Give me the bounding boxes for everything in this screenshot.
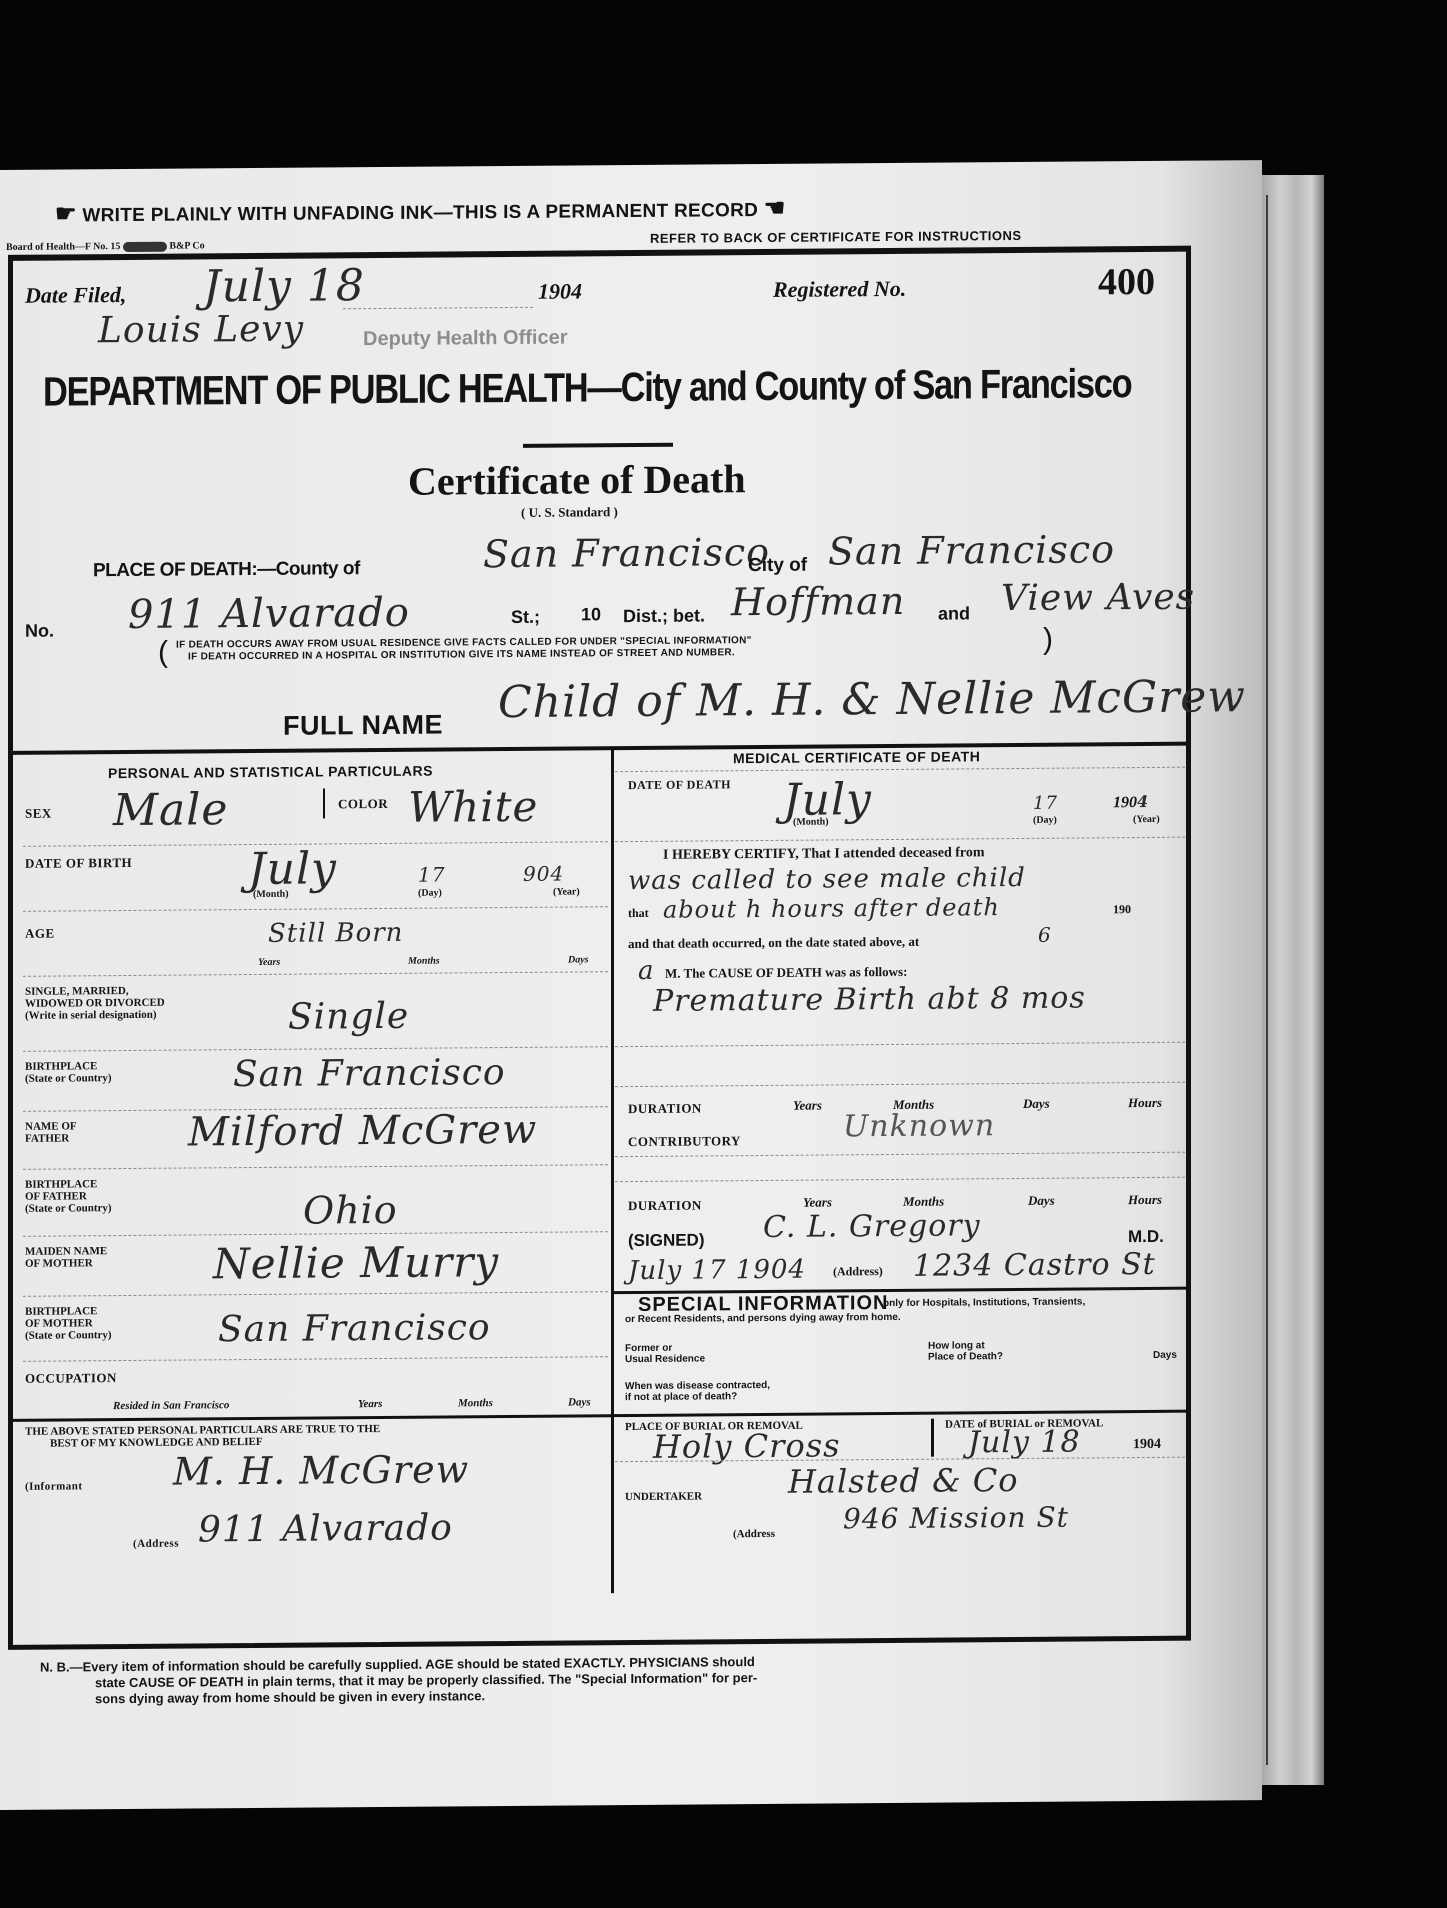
time-value: 6 — [1038, 923, 1052, 947]
dod-month-label: (Month) — [793, 816, 829, 827]
cause-text: M. The CAUSE OF DEATH was as follows: — [665, 964, 907, 982]
father-label-2: FATHER — [25, 1132, 77, 1144]
ink-warning: ☛ WRITE PLAINLY WITH UNFADING INK—THIS I… — [55, 194, 786, 229]
dod-year-suffix: 4 — [1137, 792, 1149, 811]
title-divider — [523, 443, 673, 448]
age-label: AGE — [25, 926, 55, 942]
father-name-label: NAME OF FATHER — [25, 1120, 77, 1144]
father-name-value: Milford McGrew — [188, 1107, 537, 1156]
duration-2-months-label: Months — [903, 1194, 944, 1210]
informant-value: M. H. McGrew — [173, 1447, 469, 1493]
father-row-line — [23, 1164, 608, 1170]
birthplace-label-2: (State or Country) — [25, 1072, 112, 1085]
duration-label: DURATION — [628, 1100, 702, 1117]
street-label: St.; — [511, 607, 540, 628]
duration-hours-label: Hours — [1128, 1095, 1162, 1111]
age-value: Still Born — [268, 918, 403, 949]
burial-date-value: July 18 — [968, 1425, 1081, 1461]
howlong-label-1: How long at — [928, 1340, 1003, 1352]
father-birthplace-label: BIRTHPLACE OF FATHER (State or Country) — [25, 1178, 112, 1215]
officer-signature: Louis Levy — [98, 309, 304, 352]
contracted-label: When was disease contracted, if not at p… — [625, 1380, 770, 1403]
former-residence-label: Former or Usual Residence — [625, 1342, 705, 1365]
sig-address-value: 1234 Castro St — [913, 1247, 1156, 1284]
undertaker-address-value: 946 Mission St — [843, 1501, 1069, 1536]
that-value: about h hours after death — [663, 893, 1000, 924]
medical-heading-line — [615, 767, 1185, 772]
pointing-hand-icon: ☛ — [55, 200, 77, 227]
dod-row-line — [615, 837, 1185, 842]
dob-label: DATE OF BIRTH — [25, 855, 132, 872]
dod-label: DATE OF DEATH — [628, 777, 731, 793]
department-title: DEPARTMENT OF PUBLIC HEALTH—City and Cou… — [43, 360, 1131, 416]
dod-day-label: (Day) — [1033, 815, 1057, 826]
city-label: City of — [748, 555, 807, 577]
dob-row-line — [23, 906, 608, 912]
age-days-label: Days — [568, 954, 589, 965]
mother-label-1: MAIDEN NAME — [25, 1245, 107, 1258]
street-value: 911 Alvarado — [128, 590, 410, 638]
duration-2-days-label: Days — [1028, 1193, 1055, 1209]
dob-year-label: (Year) — [553, 886, 580, 897]
county-value: San Francisco — [483, 530, 770, 576]
dob-day: 17 — [418, 863, 445, 887]
age-row-line — [23, 971, 608, 977]
resided-years-label: Years — [358, 1398, 382, 1410]
that-year-prefix: 190 — [1113, 902, 1131, 917]
sig-address-label: (Address) — [833, 1264, 883, 1279]
mother-row-line — [23, 1291, 608, 1297]
contributory-line-2 — [615, 1177, 1185, 1182]
father-bp-label-2: OF FATHER — [25, 1190, 112, 1203]
dod-day: 17 — [1033, 793, 1058, 814]
registered-number: 400 — [1098, 260, 1155, 304]
dob-year: 904 — [523, 862, 564, 886]
sex-color-divider — [323, 788, 325, 818]
resided-label: Resided in San Francisco — [113, 1399, 229, 1412]
dob-month: July — [248, 843, 337, 895]
marital-row-line — [23, 1046, 608, 1052]
sex-label: SEX — [25, 806, 52, 822]
mother-bp-label-3: (State or Country) — [25, 1329, 112, 1342]
street-no-label: No. — [25, 621, 54, 642]
informant-address-label: (Address — [133, 1538, 179, 1550]
printer-text: B&P Co — [169, 240, 204, 251]
age-months-label: Months — [408, 956, 440, 967]
occupation-label: OCCUPATION — [25, 1370, 117, 1387]
contributory-value: Unknown — [843, 1108, 995, 1144]
form-id: Board of Health—F No. 15 B&P Co — [6, 240, 205, 253]
mother-label-2: OF MOTHER — [25, 1257, 107, 1270]
and-label: and — [938, 603, 970, 624]
certify-text: I HEREBY CERTIFY, That I attended deceas… — [663, 845, 985, 864]
burial-divider — [931, 1419, 934, 1457]
date-filed-year: 1904 — [538, 278, 582, 304]
dob-month-label: (Month) — [253, 889, 289, 900]
undertaker-value: Halsted & Co — [788, 1461, 1019, 1501]
that-label: that — [628, 906, 649, 921]
marital-value: Single — [288, 996, 409, 1038]
informant-label: (Informant — [25, 1480, 83, 1492]
pointing-hand-left-icon: ☚ — [764, 195, 786, 222]
cause-value: Premature Birth abt 8 mos — [653, 980, 1086, 1018]
full-name-rule — [13, 742, 1188, 755]
how-long-days-label: Days — [1153, 1350, 1177, 1361]
full-name-value: Child of M. H. & Nellie McGrew — [498, 671, 1246, 728]
resided-days-label: Days — [568, 1396, 591, 1408]
special-subheading-2: or Recent Residents, and persons dying a… — [625, 1312, 901, 1325]
informant-statement: THE ABOVE STATED PERSONAL PARTICULARS AR… — [25, 1423, 380, 1450]
birthplace-label-1: BIRTHPLACE — [25, 1060, 112, 1073]
signed-label: (SIGNED) — [628, 1230, 705, 1251]
dob-day-label: (Day) — [418, 888, 442, 899]
full-name-label: FULL NAME — [283, 710, 443, 742]
md-label: M.D. — [1128, 1227, 1164, 1247]
medical-heading: MEDICAL CERTIFICATE OF DEATH — [733, 748, 980, 766]
contracted-label-2: if not at place of death? — [625, 1391, 770, 1403]
father-birthplace-value: Ohio — [303, 1188, 398, 1233]
birthplace-label: BIRTHPLACE (State or Country) — [25, 1060, 112, 1085]
duration-2-label: DURATION — [628, 1197, 702, 1214]
dod-year-prefix: 190 — [1113, 794, 1137, 811]
date-filed-value: July 18 — [203, 260, 365, 312]
marital-label: SINGLE, MARRIED, WIDOWED OR DIVORCED (Wr… — [25, 985, 165, 1022]
how-long-label: How long at Place of Death? — [928, 1340, 1003, 1363]
between-street-2: View Aves — [1001, 577, 1195, 620]
marital-label-2: WIDOWED OR DIVORCED — [25, 997, 165, 1010]
mother-birthplace-value: San Francisco — [218, 1307, 491, 1350]
death-certificate-page: ☛ WRITE PLAINLY WITH UNFADING INK—THIS I… — [0, 160, 1262, 1810]
duration-2-hours-label: Hours — [1128, 1192, 1162, 1208]
dod-year-label: (Year) — [1133, 814, 1160, 825]
informant-rule — [13, 1414, 611, 1422]
howlong-label-2: Place of Death? — [928, 1351, 1003, 1363]
undertaker-label: UNDERTAKER — [625, 1490, 702, 1503]
am-value: a — [638, 956, 655, 986]
duration-years-label: Years — [793, 1098, 822, 1114]
mother-bp-label-1: BIRTHPLACE — [25, 1305, 112, 1318]
cause-line-2 — [615, 1042, 1185, 1047]
footer-note: N. B.—Every item of information should b… — [40, 1654, 757, 1708]
informant-address-value: 911 Alvarado — [198, 1507, 453, 1550]
note-paren-close: ) — [1043, 625, 1053, 655]
age-years-label: Years — [258, 957, 280, 968]
sex-value: Male — [113, 784, 228, 836]
cause-line-3 — [615, 1082, 1185, 1087]
mother-name-value: Nellie Murry — [213, 1237, 499, 1288]
city-value: San Francisco — [828, 527, 1115, 573]
father-label-1: NAME OF — [25, 1120, 77, 1132]
district-value: 10 — [581, 604, 601, 625]
seal-icon — [123, 241, 167, 251]
marital-label-1: SINGLE, MARRIED, — [25, 985, 165, 998]
marital-label-3: (Write in serial designation) — [25, 1009, 165, 1022]
registered-label: Registered No. — [773, 276, 906, 303]
mother-bp-row-line — [23, 1356, 608, 1362]
certify-value: was called to see male child — [628, 863, 1026, 896]
page-stack-edge — [1262, 175, 1324, 1785]
duration-2-years-label: Years — [803, 1194, 832, 1210]
former-label-1: Former or — [625, 1342, 705, 1354]
color-label: COLOR — [338, 796, 388, 812]
signed-value: C. L. Gregory — [763, 1208, 981, 1245]
certificate-frame: Date Filed, July 18 1904 Registered No. … — [8, 246, 1191, 1650]
us-standard: ( U. S. Standard ) — [521, 504, 618, 521]
special-subheading-1: only for Hospitals, Institutions, Transi… — [883, 1296, 1085, 1309]
mother-name-label: MAIDEN NAME OF MOTHER — [25, 1245, 107, 1270]
column-divider — [611, 748, 614, 1593]
personal-heading: PERSONAL AND STATISTICAL PARTICULARS — [108, 763, 433, 782]
ink-warning-text: WRITE PLAINLY WITH UNFADING INK—THIS IS … — [82, 200, 758, 226]
burial-rule — [613, 1410, 1188, 1418]
occurred-text: and that death occurred, on the date sta… — [628, 934, 919, 952]
resided-months-label: Months — [458, 1397, 493, 1409]
district-label: Dist.; bet. — [623, 605, 705, 627]
father-bp-label-3: (State or Country) — [25, 1202, 112, 1215]
former-label-2: Usual Residence — [625, 1353, 705, 1365]
contributory-line — [615, 1152, 1185, 1157]
undertaker-address-label: (Address — [733, 1528, 775, 1540]
date-filed-line — [343, 307, 533, 309]
form-id-text: Board of Health—F No. 15 — [6, 241, 120, 253]
signed-date: July 17 1904 — [628, 1255, 806, 1286]
birthplace-value: San Francisco — [233, 1052, 506, 1095]
mother-birthplace-label: BIRTHPLACE OF MOTHER (State or Country) — [25, 1305, 112, 1342]
officer-title: Deputy Health Officer — [363, 327, 567, 352]
certificate-title: Certificate of Death — [408, 455, 746, 505]
burial-year: 1904 — [1133, 1437, 1161, 1453]
between-street-1: Hoffman — [731, 579, 905, 624]
color-value: White — [408, 782, 538, 832]
father-bp-label-1: BIRTHPLACE — [25, 1178, 112, 1191]
mother-bp-label-2: OF MOTHER — [25, 1317, 112, 1330]
note-paren-open: ( — [158, 638, 168, 668]
place-of-death-label: PLACE OF DEATH:—County of — [93, 558, 360, 582]
refer-instructions: REFER TO BACK OF CERTIFICATE FOR INSTRUC… — [650, 228, 1022, 246]
dod-year: 1904 — [1113, 792, 1149, 812]
contributory-label: CONTRIBUTORY — [628, 1133, 741, 1150]
duration-days-label: Days — [1023, 1096, 1050, 1112]
contracted-label-1: When was disease contracted, — [625, 1380, 770, 1392]
date-filed-label: Date Filed, — [25, 282, 126, 309]
page-edge-line — [1266, 195, 1268, 1765]
